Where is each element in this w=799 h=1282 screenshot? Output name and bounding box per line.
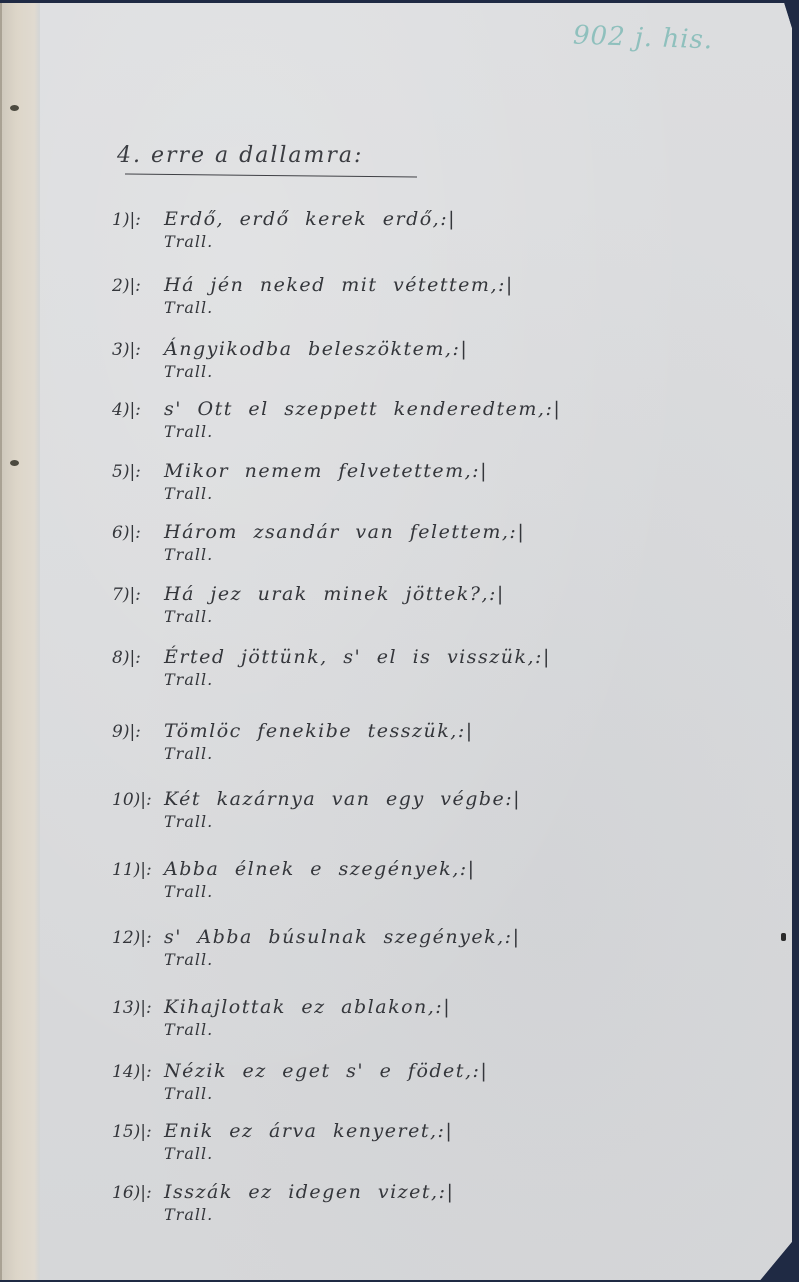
verse-item: 11)|:Abba élnek e szegények,:| Trall. [112,858,632,901]
verse-text: Enik ez árva kenyeret,:| [164,1120,453,1142]
verse-item: 3)|:Ángyikodba beleszöktem,:| Trall. [112,338,632,381]
verse-item: 12)|:s' Abba búsulnak szegények,:| Trall… [112,926,632,969]
verse-refrain: Trall. [164,1144,632,1163]
verse-refrain: Trall. [164,362,632,381]
verse-refrain: Trall. [164,670,632,689]
verse-text: Kihajlottak ez ablakon,:| [164,996,451,1018]
verse-refrain: Trall. [164,232,632,251]
verse-refrain: Trall. [164,607,632,626]
heading-underline [125,173,417,177]
verse-text: Érted jöttünk, s' el is visszük,:| [164,646,551,668]
verse-number: 8)|: [112,648,164,668]
binding-strip [0,3,40,1280]
verse-item: 15)|:Enik ez árva kenyeret,:| Trall. [112,1120,632,1163]
verse-number: 9)|: [112,722,164,742]
binding-hole [10,105,19,111]
verse-number: 16)|: [112,1183,164,1203]
verse-text: Abba élnek e szegények,:| [164,858,476,880]
verse-number: 5)|: [112,462,164,482]
verse-refrain: Trall. [164,545,632,564]
verse-number: 6)|: [112,523,164,543]
verse-text: Há jén neked mit vétettem,:| [164,274,514,296]
paper-page: 902 j. his. 4. erre a dallamra: 1)|:Erdő… [0,3,792,1280]
verse-item: 7)|:Há jez urak minek jöttek?,:| Trall. [112,583,632,626]
scanned-document: 902 j. his. 4. erre a dallamra: 1)|:Erdő… [0,0,799,1282]
verse-number: 2)|: [112,276,164,296]
verse-item: 9)|:Tömlöc fenekibe tesszük,:| Trall. [112,720,632,763]
verse-text: s' Ott el szeppett kenderedtem,:| [164,398,561,420]
verse-number: 7)|: [112,585,164,605]
verse-text: Erdő, erdő kerek erdő,:| [164,208,456,230]
archive-annotation: 902 j. his. [573,21,714,56]
verse-number: 15)|: [112,1122,164,1142]
verse-number: 12)|: [112,928,164,948]
verse-refrain: Trall. [164,484,632,503]
verse-number: 14)|: [112,1062,164,1082]
verse-item: 14)|:Nézik ez eget s' e födet,:| Trall. [112,1060,632,1103]
verse-item: 6)|:Három zsandár van felettem,:| Trall. [112,521,632,564]
verse-item: 1)|:Erdő, erdő kerek erdő,:| Trall. [112,208,632,251]
verse-item: 8)|:Érted jöttünk, s' el is visszük,:| T… [112,646,632,689]
verse-item: 5)|:Mikor nemem felvetettem,:| Trall. [112,460,632,503]
verse-number: 3)|: [112,340,164,360]
verse-text: Két kazárnya van egy végbe:| [164,788,521,810]
verse-number: 1)|: [112,210,164,230]
verse-text: Nézik ez eget s' e födet,:| [164,1060,488,1082]
verse-refrain: Trall. [164,812,632,831]
verse-refrain: Trall. [164,950,632,969]
verse-item: 13)|:Kihajlottak ez ablakon,:| Trall. [112,996,632,1039]
verse-item: 4)|:s' Ott el szeppett kenderedtem,:| Tr… [112,398,632,441]
verse-refrain: Trall. [164,298,632,317]
verse-text: Mikor nemem felvetettem,:| [164,460,488,482]
verse-item: 10)|:Két kazárnya van egy végbe:| Trall. [112,788,632,831]
verse-item: 16)|:Isszák ez idegen vizet,:| Trall. [112,1181,632,1224]
verse-text: Isszák ez idegen vizet,:| [164,1181,454,1203]
verse-text: s' Abba búsulnak szegények,:| [164,926,521,948]
verse-refrain: Trall. [164,1020,632,1039]
verse-number: 4)|: [112,400,164,420]
verse-text: Há jez urak minek jöttek?,:| [164,583,505,605]
verse-refrain: Trall. [164,422,632,441]
verse-number: 13)|: [112,998,164,1018]
verse-text: Három zsandár van felettem,:| [164,521,525,543]
verse-refrain: Trall. [164,744,632,763]
paper-edge-mark [781,933,786,941]
verse-item: 2)|:Há jén neked mit vétettem,:| Trall. [112,274,632,317]
verse-number: 11)|: [112,860,164,880]
verse-refrain: Trall. [164,882,632,901]
verse-refrain: Trall. [164,1205,632,1224]
verse-refrain: Trall. [164,1084,632,1103]
verse-number: 10)|: [112,790,164,810]
verse-text: Tömlöc fenekibe tesszük,:| [164,720,474,742]
verse-text: Ángyikodba beleszöktem,:| [164,338,468,360]
binding-hole [10,460,19,466]
page-heading: 4. erre a dallamra: [117,143,363,168]
